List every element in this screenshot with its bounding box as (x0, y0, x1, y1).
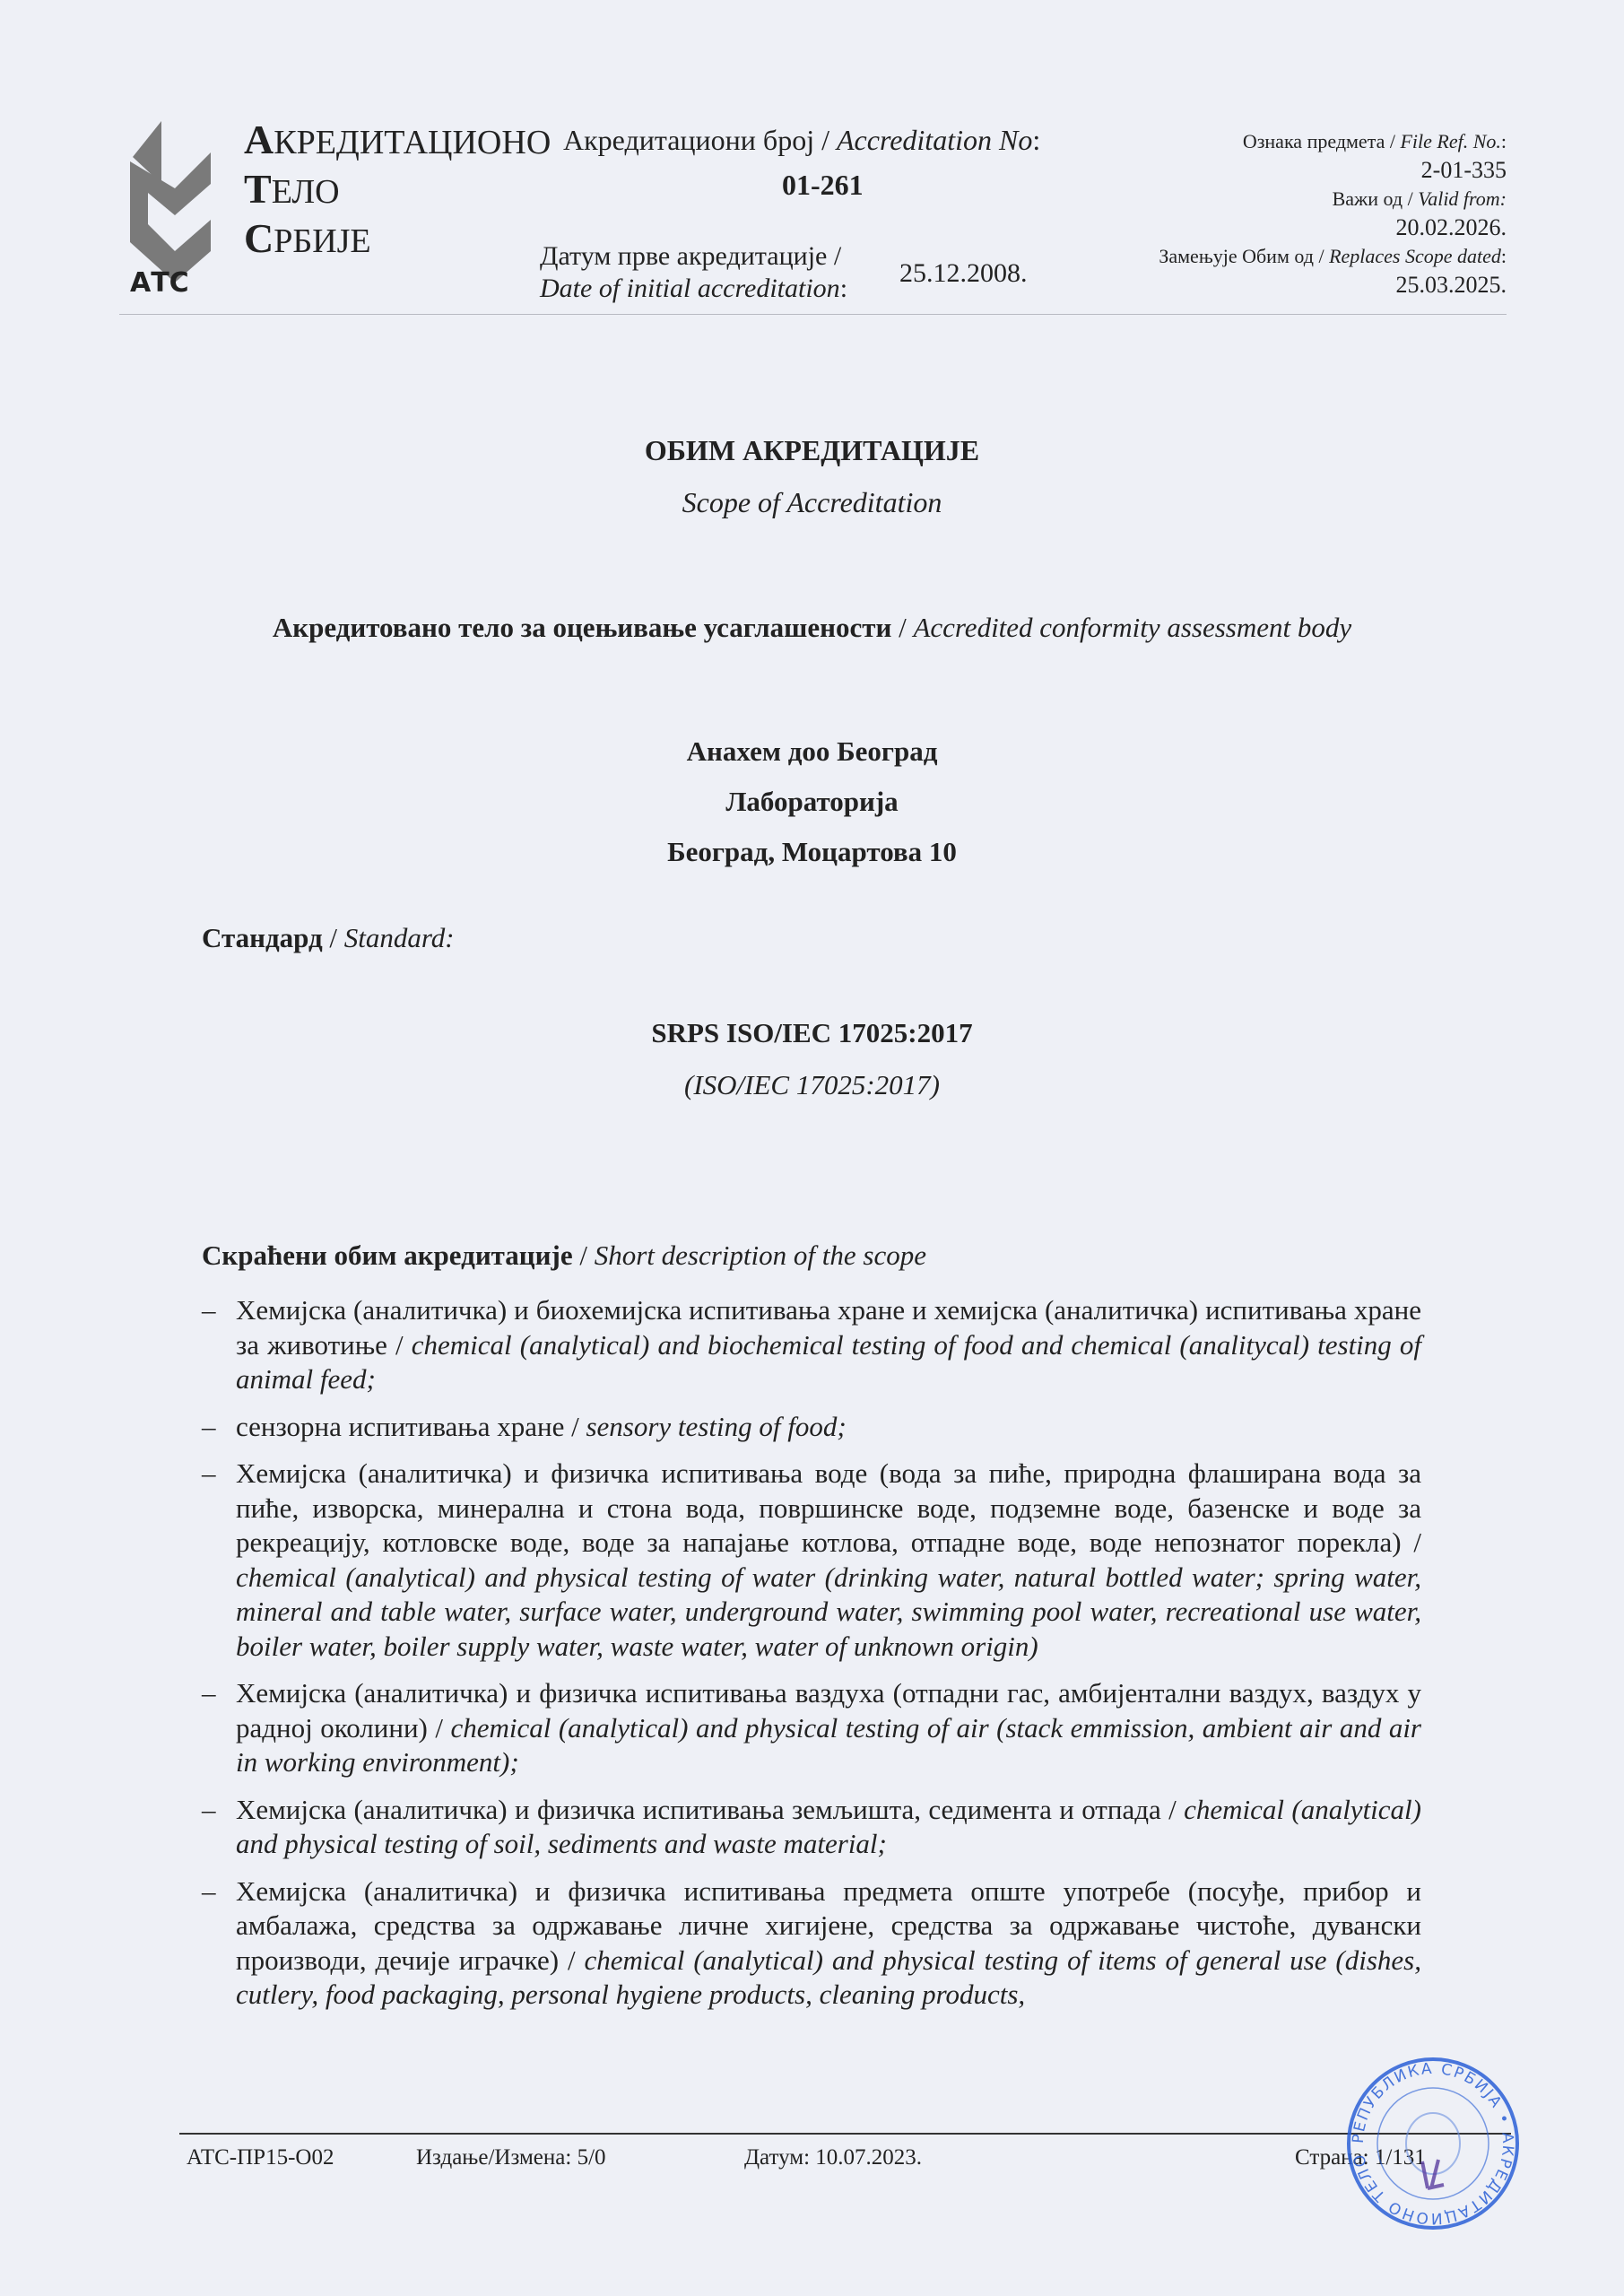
scope-item: –Хемијска (аналитичка) и физичка испитив… (202, 1457, 1421, 1664)
ats-logo: АТС (126, 108, 215, 296)
standard-iso: (ISO/IEC 17025:2017) (0, 1069, 1624, 1101)
valid-from-label: Важи од / Valid from: (1159, 185, 1507, 213)
scope-heading: Скраћени обим акредитације / Short descr… (202, 1239, 926, 1272)
header-divider (119, 314, 1507, 315)
footer-edition: Издање/Измена: 5/0 (416, 2145, 606, 2170)
scope-list: –Хемијска (аналитичка) и биохемијска исп… (202, 1293, 1421, 2025)
organization-unit: Лабораторија (0, 786, 1624, 818)
official-stamp: РЕПУБЛИКА СРБИЈА • АКРЕДИТАЦИОНО ТЕЛО СР… (1345, 2054, 1521, 2233)
organization-address: Београд, Моцартова 10 (0, 836, 1624, 868)
accreditation-number: 01-261 (782, 169, 864, 202)
stamp-seal-icon: РЕПУБЛИКА СРБИЈА • АКРЕДИТАЦИОНО ТЕЛО СР… (1345, 2054, 1521, 2233)
file-ref-value: 2-01-335 (1159, 156, 1507, 185)
accreditation-number-label: Акредитациони број / Accreditation No: (563, 124, 1040, 157)
file-reference-block: Ознака предмета / File Ref. No.: 2-01-33… (1159, 127, 1507, 300)
scope-item: –сензорна испитивања хране / sensory tes… (202, 1410, 1421, 1445)
valid-from-value: 20.02.2026. (1159, 213, 1507, 242)
scope-item: –Хемијска (аналитичка) и физичка испитив… (202, 1793, 1421, 1862)
svg-text:АТС: АТС (130, 267, 189, 296)
initial-accreditation-label: Датум прве акредитације / Date of initia… (540, 240, 847, 305)
footer-date: Датум: 10.07.2023. (744, 2145, 922, 2170)
initial-accreditation-date: 25.12.2008. (899, 258, 1028, 289)
scope-item: –Хемијска (аналитичка) и биохемијска исп… (202, 1293, 1421, 1397)
standard-name: SRPS ISO/IEC 17025:2017 (0, 1017, 1624, 1049)
assessment-body-label: Акредитовано тело за оцењивање усаглашен… (0, 612, 1624, 644)
ats-chevron-icon: АТС (126, 108, 215, 296)
file-ref-label: Ознака предмета / File Ref. No.: (1159, 127, 1507, 156)
replaces-value: 25.03.2025. (1159, 271, 1507, 300)
replaces-label: Замењује Обим од / Replaces Scope dated: (1159, 242, 1507, 271)
footer-doc-code: АТС-ПР15-О02 (187, 2145, 334, 2170)
scope-item: –Хемијска (аналитичка) и физичка испитив… (202, 1676, 1421, 1780)
standard-label: Стандард / Standard: (202, 922, 455, 954)
scope-item: –Хемијска (аналитичка) и физичка испитив… (202, 1874, 1421, 2013)
organization-name: Анахем доо Београд (0, 735, 1624, 768)
document-subtitle: Scope of Accreditation (0, 486, 1624, 519)
logo-org-name: АКРЕДИТАЦИОНО ТЕЛО СРБИЈЕ (244, 117, 551, 265)
footer-divider (179, 2133, 1511, 2135)
document-title: ОБИМ АКРЕДИТАЦИЈЕ (0, 434, 1624, 467)
